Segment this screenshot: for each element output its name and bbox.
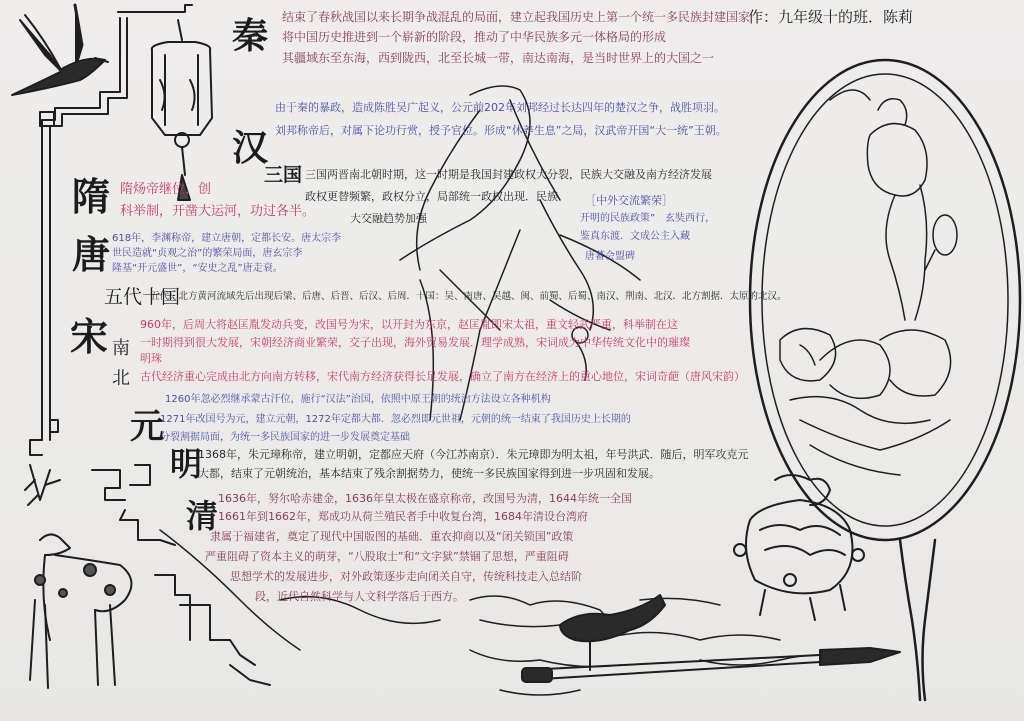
qing-text-3: 隶属于福建省，奠定了现代中国版图的基础．重农抑商以及“闭关锁国”政策 [210, 530, 573, 544]
qing-text-1: 1636年，努尔哈赤建金，1636年皇太极在盛京称帝，改国号为清，1644年统一… [218, 492, 632, 506]
tang-text-1: 618年，李渊称帝，建立唐朝，定都长安。唐太宗李 [112, 232, 341, 245]
bronze-censer-icon [734, 475, 864, 620]
mirror-icon [750, 60, 1020, 700]
dynasty-title-song: 宋 [70, 318, 108, 356]
exchange-title: ［中外交流繁荣］ [585, 194, 673, 208]
dynasty-title-qing: 清 [186, 500, 218, 532]
song-text-2: 一时期得到很大发展，宋朝经济商业繁荣，交子出现，海外贸易发展．理学成熟，宋词成为… [140, 336, 690, 350]
peony-flowers-icon [780, 329, 951, 475]
nanbei-text: 古代经济重心完成由北方向南方转移，宋代南方经济获得长足发展，确立了南方在经济上的… [140, 370, 745, 384]
tang-text-2: 世民造就“贞观之治”的繁荣局面，唐玄宗李 [112, 247, 302, 260]
qing-text-4: 严重阻碍了资本主义的萌芽，“八股取士”和“文字狱”禁锢了思想，严重阻碍 [205, 550, 569, 564]
exchange-line-2: 鉴真东渡．文成公主入藏 [580, 230, 690, 243]
qing-text-2: 1661年到1662年，郑成功从荷兰殖民者手中收复台湾，1684年清设台湾府 [218, 510, 588, 524]
sanguo-text-3: 大交融趋势加强 [350, 212, 427, 226]
lady-figure-icon [830, 90, 957, 320]
dynasty-title-nan: 南 [112, 340, 130, 358]
exchange-line-1: 开明的民族政策” 玄奘西行， [580, 212, 715, 225]
qin-text-3: 其疆域东至东海，西到陇西，北至长城一带，南达南海，是当时世界上的大国之一 [282, 51, 714, 67]
author-credit: 作：九年级十的班．陈莉 [748, 6, 913, 27]
dynasty-title-han: 汉 [232, 130, 268, 166]
hanging-lantern-icon [152, 20, 212, 200]
song-text-1: 960年，后周大将赵匡胤发动兵变，改国号为宋，以开封为东京，赵匡胤即宋太祖，重文… [140, 318, 678, 332]
ming-text-2: 大都，结束了元朝统治，基本结束了残余割据势力，使统一多民族国家得到进一步巩固和发… [198, 467, 660, 481]
sanguo-text-1: 三国两晋南北朝时期，这一时期是我国封建政权大分裂，民族大交融及南方经济发展 [305, 168, 712, 182]
qing-text-5: 思想学术的发展进步，对外政策逐步走向闭关自守，传统科技走入总结阶 [230, 570, 582, 584]
sui-text-2: 科举制，开凿大运河，功过各半。 [120, 204, 315, 221]
yuan-text-3: 分裂割据局面，为统一多民族国家的进一步发展奠定基础 [160, 431, 410, 444]
dynasty-title-tang: 唐 [72, 236, 110, 274]
exchange-line-3: 唐蕃会盟碑 [585, 250, 635, 263]
qing-text-6: 段，近代自然科学与人文科学落后于西方。 [255, 590, 464, 604]
dynasty-title-qin: 秦 [232, 18, 268, 54]
tang-text-3: 隆基“开元盛世”，“安史之乱”唐走衰。 [112, 262, 283, 275]
sanguo-text-2: 政权更替频繁，政权分立，局部统一政权出现．民族 [305, 190, 558, 204]
dynasty-title-bei: 北 [112, 370, 130, 388]
deer-icon [25, 465, 131, 688]
song-text-3: 明珠 [140, 352, 162, 366]
qin-text-1: 结束了春秋战国以来长期争战混乱的局面，建立起我国历史上第一个统一多民族封建国家 [282, 10, 750, 26]
han-text-1: 由于秦的暴政，造成陈胜吴广起义，公元前202年刘邦经过长达四年的楚汉之争，战胜项… [275, 101, 725, 115]
dynasty-title-sanguo: 三国 [264, 166, 302, 185]
wudai-text: 五代：北方黄河流域先后出现后梁、后唐、后晋、后汉、后周．十国：吴、南唐、吴越、闽… [150, 291, 787, 303]
han-text-2: 刘邦称帝后，对属下论功行赏，授予官位。形成“休养生息”之局，汉武帝开国“大一统”… [275, 124, 727, 138]
dynasty-title-yuan: 元 [130, 410, 164, 444]
swallow-bird-icon [12, 5, 108, 95]
yuan-text-2: 1271年改国号为元，建立元朝，1272年定都大都．忽必烈即元世祖，元朝的统一结… [160, 413, 631, 426]
dynasty-title-sui: 隋 [72, 178, 110, 216]
sui-text-1: 隋炀帝继位，创 [120, 182, 211, 199]
qin-text-2: 将中国历史推进到一个崭新的阶段，推动了中华民族多元一体格局的形成 [282, 30, 666, 46]
yuan-text-1: 1260年忽必烈继承蒙古汗位，施行“汉法”治国，依照中原王朝的统治方法设立各种机… [165, 393, 551, 406]
calligraphy-brush-icon [522, 648, 900, 682]
ming-text-1: 1368年，朱元璋称帝，建立明朝，定都应天府（今江苏南京）．朱元璋即为明太祖，年… [198, 448, 749, 462]
